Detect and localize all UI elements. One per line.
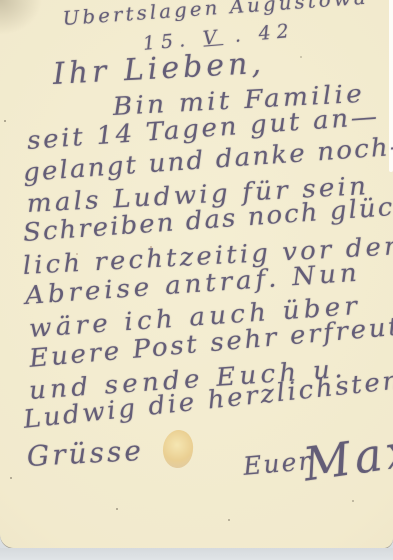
closing-line: Grüsse xyxy=(26,434,145,473)
scan-background-strip xyxy=(0,548,393,560)
date-month-roman: V xyxy=(202,26,224,50)
scanned-letter: Ubertslagen Augustowa 15. V . 42 Ihr Lie… xyxy=(0,0,393,560)
paper-speckles xyxy=(0,0,2,2)
